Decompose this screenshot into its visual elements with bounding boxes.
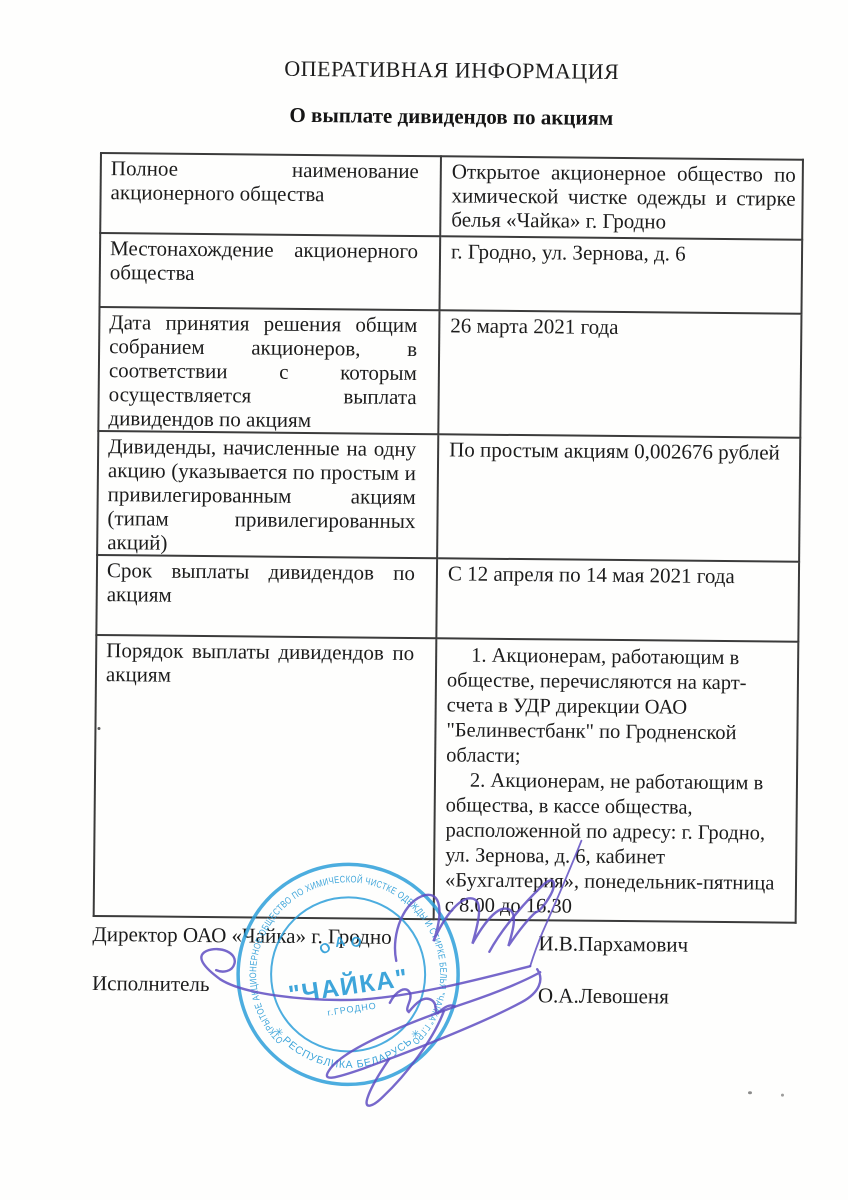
row-label-payment-procedure: Порядок выплаты дивидендов по акциям — [94, 635, 437, 919]
document-subtitle: О выплате дивидендов по акциям — [100, 101, 802, 133]
table-row: Дата принятия решения общим собранием ак… — [98, 307, 801, 438]
table-row: Срок выплаты дивидендов по акциям С 12 а… — [96, 555, 799, 642]
scanned-document-page: ОПЕРАТИВНАЯ ИНФОРМАЦИЯ О выплате дивиден… — [0, 0, 848, 1200]
director-name: И.В.Пархамович — [538, 931, 688, 957]
stamp-republic-text: ✳ РЕСПУБЛИКА БЕЛАРУСЬ ✳ — [271, 1025, 425, 1072]
stamp-company-name: "ЧАЙКА" — [286, 962, 410, 1009]
document-title: ОПЕРАТИВНАЯ ИНФОРМАЦИЯ — [101, 54, 803, 87]
signature-stroke — [367, 1011, 444, 1107]
signature-stroke — [201, 949, 530, 1002]
scan-artifact-dot — [97, 727, 100, 730]
row-value-payment-procedure: 1. Акционерам, работающим в обществе, пе… — [434, 638, 799, 922]
row-label-full-name: Полное наименование акционерного обществ… — [100, 153, 441, 236]
row-value-location: г. Гродно, ул. Зернова, д. 6 — [439, 236, 802, 313]
row-label-payment-period: Срок выплаты дивидендов по акциям — [96, 555, 437, 638]
signature-stroke — [327, 967, 541, 1079]
pen-signature-executor — [200, 949, 541, 1107]
procedure-paragraph-2: 2. Акционерам, не работающим в общества,… — [445, 768, 790, 921]
scan-artifact-dot — [748, 1091, 752, 1094]
row-label-dividend-per-share: Дивиденды, начисленные на одну акцию (ук… — [97, 431, 438, 558]
signature-stroke — [390, 989, 455, 1013]
table-row: Порядок выплаты дивидендов по акциям 1. … — [94, 635, 799, 923]
table-row: Полное наименование акционерного обществ… — [100, 153, 803, 240]
dividend-info-table: Полное наименование акционерного обществ… — [93, 152, 804, 924]
stamp-inner-ring — [270, 897, 425, 1052]
table-row: Дивиденды, начисленные на одну акцию (ук… — [97, 431, 800, 562]
table-row: Местонахождение акционерного общества г.… — [100, 233, 803, 314]
document-sheet: ОПЕРАТИВНАЯ ИНФОРМАЦИЯ О выплате дивиден… — [0, 0, 848, 1200]
row-value-decision-date: 26 марта 2021 года — [438, 310, 801, 437]
executor-signature-label: Исполнитель — [92, 971, 210, 997]
executor-name: О.А.Левошеня — [538, 983, 669, 1009]
row-label-decision-date: Дата принятия решения общим собранием ак… — [98, 307, 439, 434]
procedure-paragraph-1: 1. Акционерам, работающим в обществе, пе… — [446, 643, 791, 771]
row-value-full-name: Открытое акционерное общество по химичес… — [440, 156, 803, 239]
scan-artifact-dot — [781, 1094, 784, 1097]
row-value-dividend-per-share: По простым акциям 0,002676 рублей — [437, 434, 800, 561]
row-value-payment-period: С 12 апреля по 14 мая 2021 года — [436, 558, 799, 641]
director-signature-label: Директор ОАО «Чайка» г. Гродно — [92, 922, 391, 950]
row-label-location: Местонахождение акционерного общества — [100, 233, 441, 310]
stamp-city: г.ГРОДНО — [327, 1001, 378, 1018]
